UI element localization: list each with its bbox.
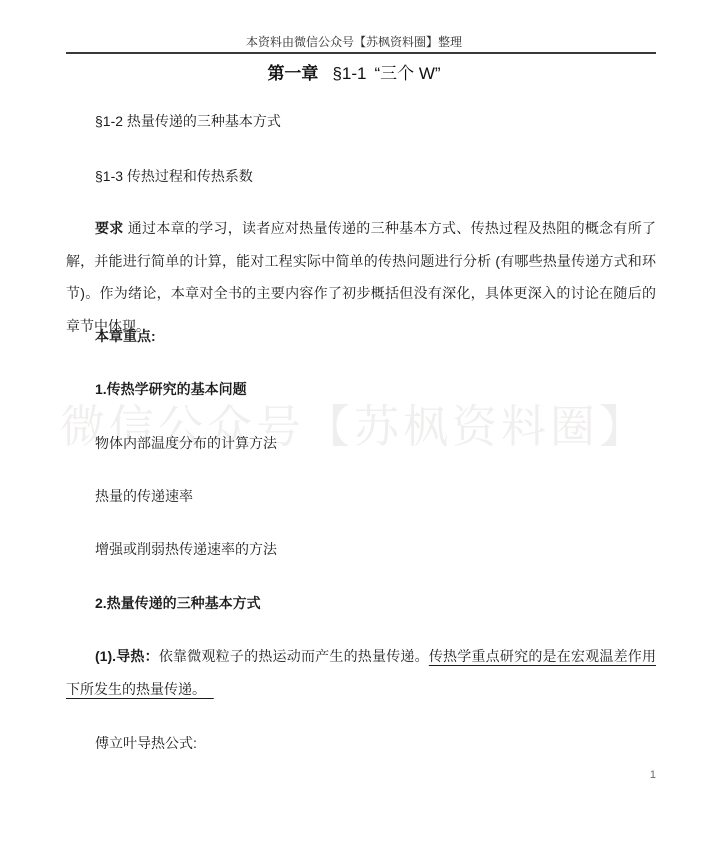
conduction-label: (1).导热： [95,648,159,664]
requirement-label: 要求 [95,220,124,236]
document-page: 微信公众号【苏枫资料圈】 本资料由微信公众号【苏枫资料圈】整理 第一章§1-1“… [0,0,708,841]
chapter-label: 第一章 [267,64,318,83]
header-divider [66,52,656,54]
topic1-item-2: 热量的传递速率 [66,486,658,506]
topic1-item-1: 物体内部温度分布的计算方法 [66,433,658,453]
topic1-item-3: 增强或削弱热传递速率的方法 [66,539,658,559]
header-note: 本资料由微信公众号【苏枫资料圈】整理 [0,33,708,50]
topic1-heading: 1.传热学研究的基本问题 [66,379,658,399]
content-layer: 本资料由微信公众号【苏枫资料圈】整理 第一章§1-1“三个 W” §1-2 热量… [0,0,708,841]
toc-item-2: §1-3 传热过程和传热系数 [66,166,658,186]
topic2-heading: 2.热量传递的三种基本方式 [66,593,658,613]
toc-item-1: §1-2 热量传递的三种基本方式 [66,111,658,131]
conduction-text: 依靠微观粒子的热运动而产生的热量传递。 [159,648,429,664]
page-number: 1 [620,769,656,781]
focus-heading: 本章重点: [66,326,658,346]
requirement-text: 通过本章的学习，读者应对热量传递的三种基本方式、传热过程及热阻的概念有所了解，并… [66,220,656,334]
section-subtitle: “三个 W” [374,64,440,83]
conduction-paragraph: (1).导热：依靠微观粒子的热运动而产生的热量传递。传热学重点研究的是在宏观温差… [66,640,656,705]
requirement-paragraph: 要求 通过本章的学习，读者应对热量传递的三种基本方式、传热过程及热阻的概念有所了… [66,212,656,342]
page-title: 第一章§1-1“三个 W” [0,59,708,84]
section-label: §1-1 [332,64,366,83]
fourier-formula-label: 傅立叶导热公式: [66,733,658,753]
